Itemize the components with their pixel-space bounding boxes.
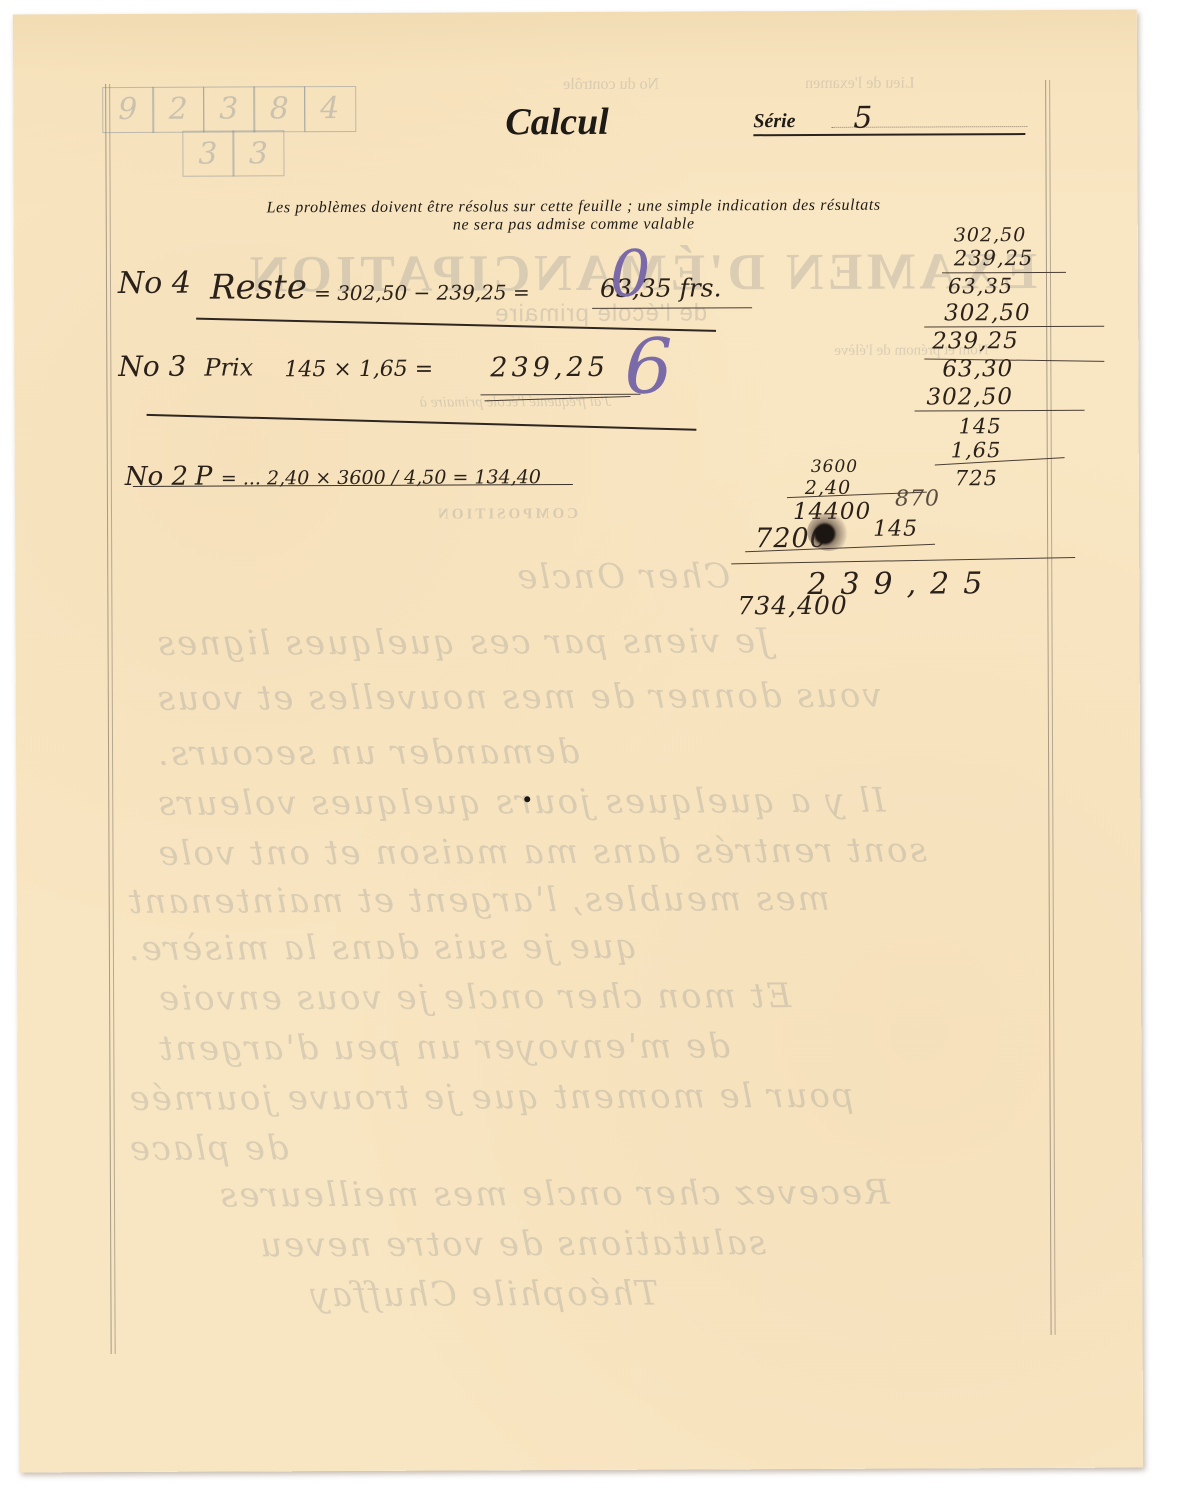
instructions: Les problèmes doivent être résolus sur c… (164, 196, 984, 236)
instructions-line-2: ne sera pas admise comme valable (164, 214, 984, 236)
problem-number: No 4 (118, 266, 191, 301)
bleed-handwriting: pour le moment que je trouve journée (127, 1076, 853, 1119)
stamp-box: 4 (304, 85, 356, 131)
problem-expression: 145 × 1,65 = (284, 357, 433, 383)
instructions-line-1: Les problèmes doivent être résolus sur c… (164, 196, 984, 218)
calc-figure: 239,25 (932, 328, 1019, 354)
serie-underline (753, 133, 1025, 136)
bleed-lieu: Lieu de l'examen (805, 75, 915, 93)
stamp-box: 9 (102, 86, 154, 132)
calc-figure: 302,50 (926, 384, 1013, 410)
problem-label: Prix (204, 353, 253, 381)
grade-mark: 6 (624, 322, 673, 411)
bleed-handwriting: demander un secours. (156, 732, 580, 774)
bleed-handwriting: vous donner de mes nouvelles et vous (156, 676, 882, 719)
stamp-box: 3 (232, 130, 284, 176)
page-title: Calcul (505, 100, 609, 144)
bleed-handwriting: Cher Oncle (515, 556, 730, 597)
calc-figure: 302,50 (954, 224, 1027, 246)
calc-figure: 302,50 (944, 300, 1031, 326)
stamp-box: 8 (253, 86, 305, 132)
calc-figure: 239,25 (954, 246, 1034, 270)
grade-mark: 0 (610, 238, 651, 312)
problem-label: P (195, 462, 213, 492)
bleed-handwriting: Et mon cher oncle je vous envoie (157, 976, 791, 1019)
bleed-handwriting: que je suis dans la misère. (127, 927, 638, 969)
bleed-handwriting: mes meubles, l'argent et maintenant (127, 879, 830, 922)
left-margin-rule (105, 84, 116, 1354)
bleed-controle: No du contrôle (563, 76, 659, 94)
bleed-handwriting: sont rentrés dans ma maison et ont vole (156, 830, 927, 873)
stamp-box: 3 (182, 130, 234, 176)
bleed-composition: COMPOSITION (435, 506, 578, 524)
calc-rule (915, 410, 1085, 412)
stamp-box: 3 (203, 86, 255, 132)
calc-figure: 63,30 (942, 356, 1013, 382)
bleed-handwriting: salutations de votre neveu (258, 1223, 766, 1265)
bleed-handwriting: Théophile Chuffay (308, 1274, 658, 1316)
bleed-handwriting: Il y a quelques jours quelques voleurs (156, 781, 885, 824)
problem-result: 239,25 (490, 352, 609, 384)
serie-label: Série (753, 110, 795, 133)
problem-number: No 2 (125, 462, 188, 492)
bleed-handwriting: de place (128, 1128, 289, 1169)
calc-figure: 870 (895, 486, 940, 511)
serie-value: 5 (853, 101, 872, 136)
problem-label: Reste (210, 267, 307, 307)
bleed-handwriting: Je viens par ces quelques lignes (155, 621, 770, 664)
registration-stamp-boxes: 9 2 3 8 4 3 3 (103, 87, 356, 177)
problem-separator (147, 414, 697, 431)
ink-blot (807, 513, 851, 551)
bleed-handwriting: Recevez cher oncle mes meilleures (218, 1173, 890, 1216)
calc-rule (731, 557, 1075, 564)
exam-sheet: Lieu de l'examen No du contrôle EXAMEN D… (13, 10, 1143, 1473)
problem-number: No 3 (118, 350, 186, 383)
ink-dot (524, 796, 530, 802)
calc-figure: 725 (955, 466, 998, 490)
calc-figure: 1,65 (951, 438, 1002, 462)
calc-figure: 3600 (811, 457, 858, 477)
calc-figure: 145 (873, 517, 918, 542)
right-margin-rule (1045, 80, 1055, 1335)
calc-figure: 734,400 (737, 591, 848, 620)
bleed-handwriting: de m'envoyer un peu d'argent (157, 1026, 730, 1068)
problem-expression: = 302,50 − 239,25 = (314, 280, 530, 305)
calc-figure: 145 (959, 414, 1002, 438)
stamp-box: 2 (152, 86, 204, 132)
calc-figure: 63,35 (948, 274, 1013, 298)
